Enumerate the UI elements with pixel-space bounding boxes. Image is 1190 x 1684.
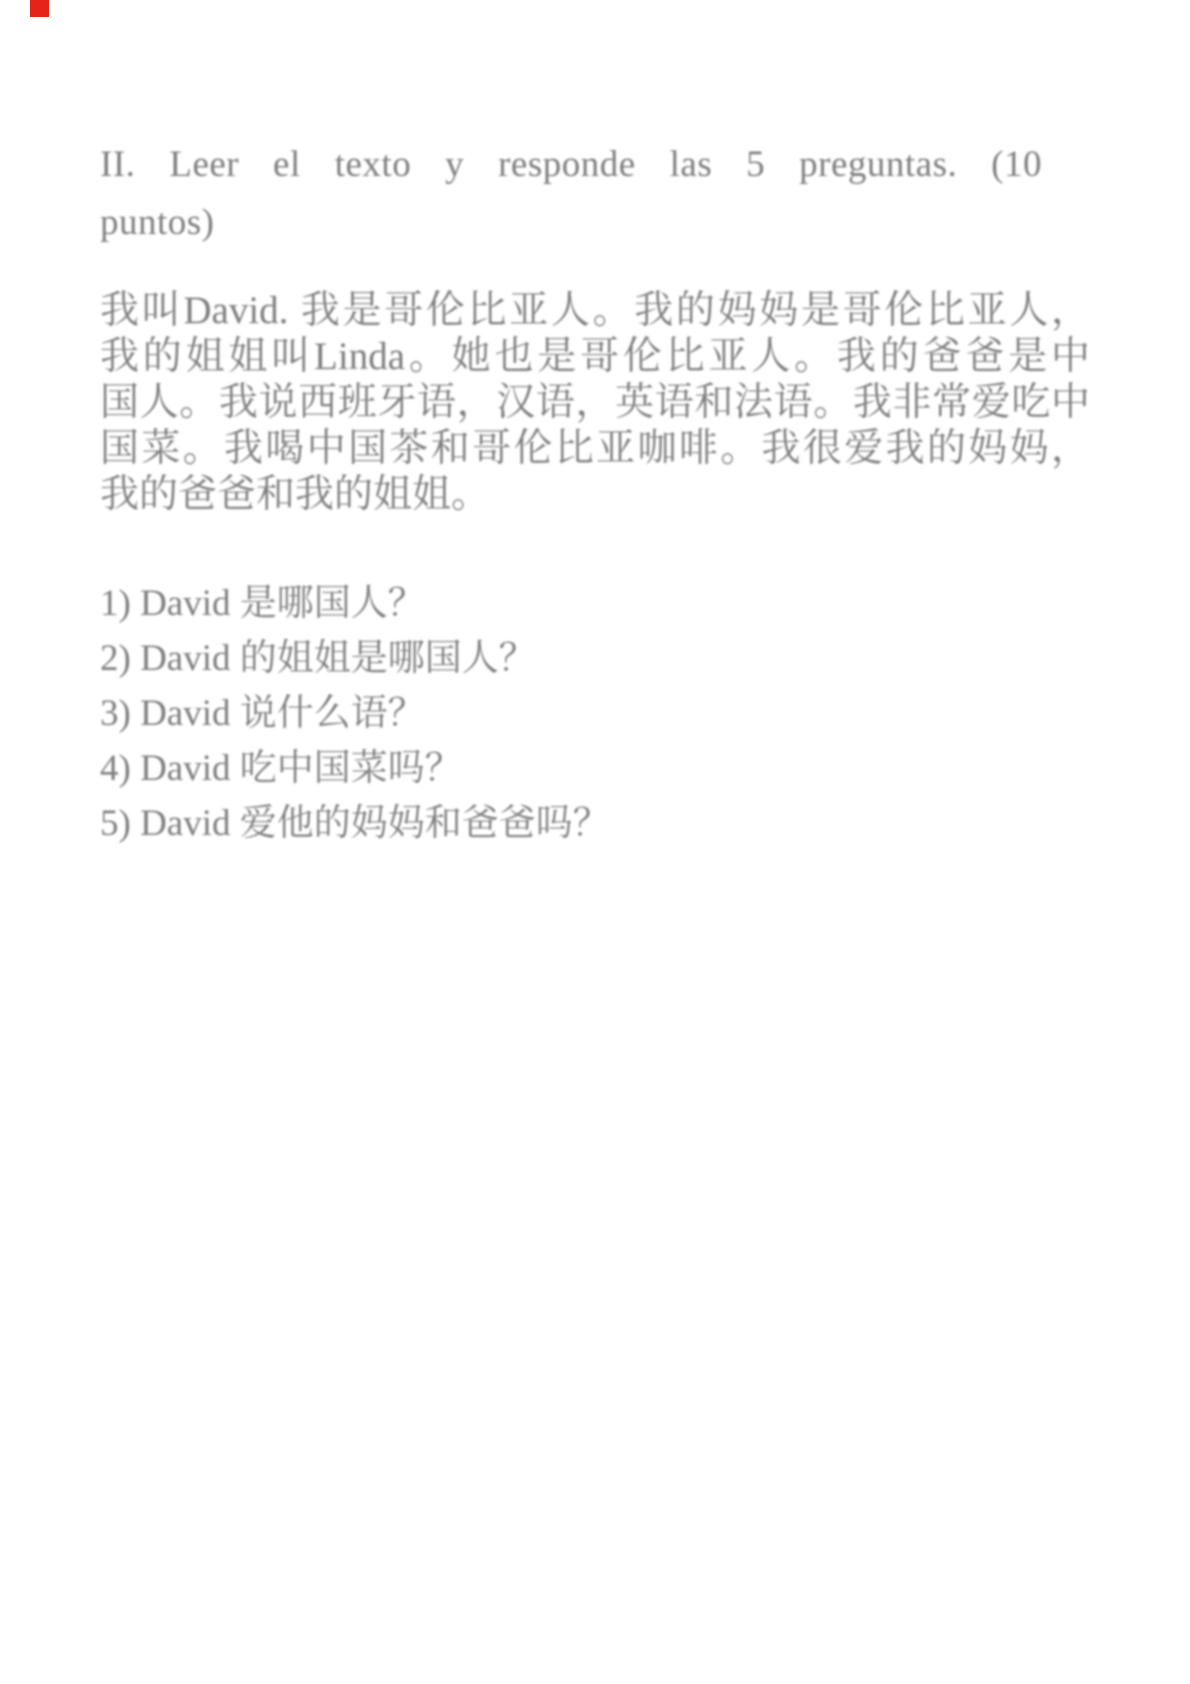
red-corner-mark [30, 0, 49, 17]
passage-line-2: 我的姐姐叫Linda。她也是哥伦比亚人。我的爸爸是中 [100, 334, 1090, 380]
exam-document: II. Leer el texto y responde las 5 pregu… [100, 136, 1090, 851]
passage-line-3: 国人。我说西班牙语，汉语，英语和法语。我非常爱吃中 [100, 380, 1090, 426]
question-item-3: 3) David 说什么语？ [100, 686, 1090, 741]
passage-line-4: 国菜。我喝中国茶和哥伦比亚咖啡。我很爱我的妈妈， [100, 426, 1090, 472]
question-item-5: 5) David 爱他的妈妈和爸爸吗？ [100, 796, 1090, 851]
reading-passage: 我叫David. 我是哥伦比亚人。我的妈妈是哥伦比亚人， 我的姐姐叫Linda。… [100, 288, 1090, 518]
passage-line-1: 我叫David. 我是哥伦比亚人。我的妈妈是哥伦比亚人， [100, 288, 1090, 334]
section-heading: II. Leer el texto y responde las 5 pregu… [100, 136, 1042, 252]
question-item-1: 1) David 是哪国人？ [100, 576, 1090, 631]
question-list: 1) David 是哪国人？ 2) David 的姐姐是哪国人？ 3) Davi… [100, 576, 1090, 851]
question-item-2: 2) David 的姐姐是哪国人？ [100, 631, 1090, 686]
passage-line-5: 我的爸爸和我的姐姐。 [100, 472, 1090, 518]
document-page: { "page": { "background_color": "#ffffff… [0, 0, 1190, 1684]
section-heading-line-1: II. Leer el texto y responde las 5 pregu… [100, 136, 1042, 194]
question-item-4: 4) David 吃中国菜吗？ [100, 741, 1090, 796]
section-heading-line-2: puntos) [100, 194, 1042, 252]
